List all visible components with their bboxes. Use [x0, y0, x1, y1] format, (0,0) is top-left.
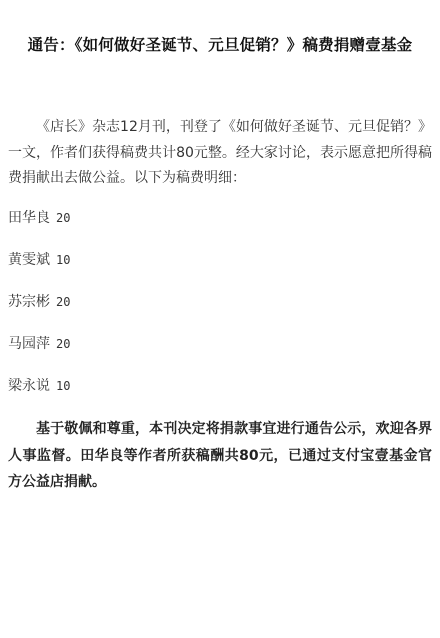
donor-amount: 10 [56, 379, 70, 393]
list-item: 梁永说10 [8, 375, 70, 417]
donor-name: 苏宗彬 [8, 294, 50, 310]
intro-paragraph: 《店长》杂志12月刊，刊登了《如何做好圣诞节、元旦促销？》一文，作者们获得稿费共… [8, 115, 432, 192]
donor-amount: 20 [56, 211, 70, 225]
donor-amount: 20 [56, 337, 70, 351]
list-item: 马园萍20 [8, 333, 70, 375]
donor-name: 黄雯斌 [8, 252, 50, 268]
document-page: 通告：《如何做好圣诞节、元旦促销？》稿费捐赠壹基金 《店长》杂志12月刊，刊登了… [0, 0, 440, 638]
closing-paragraph: 基于敬佩和尊重，本刊决定将捐款事宜进行通告公示，欢迎各界人事监督。田华良等作者所… [8, 416, 432, 496]
list-item: 黄雯斌10 [8, 249, 70, 291]
donor-name: 梁永说 [8, 378, 50, 394]
donor-list: 田华良20 黄雯斌10 苏宗彬20 马园萍20 梁永说10 [8, 207, 70, 417]
page-title: 通告：《如何做好圣诞节、元旦促销？》稿费捐赠壹基金 [0, 33, 440, 55]
list-item: 苏宗彬20 [8, 291, 70, 333]
list-item: 田华良20 [8, 207, 70, 249]
donor-amount: 10 [56, 253, 70, 267]
donor-name: 田华良 [8, 210, 50, 226]
donor-name: 马园萍 [8, 336, 50, 352]
donor-amount: 20 [56, 295, 70, 309]
